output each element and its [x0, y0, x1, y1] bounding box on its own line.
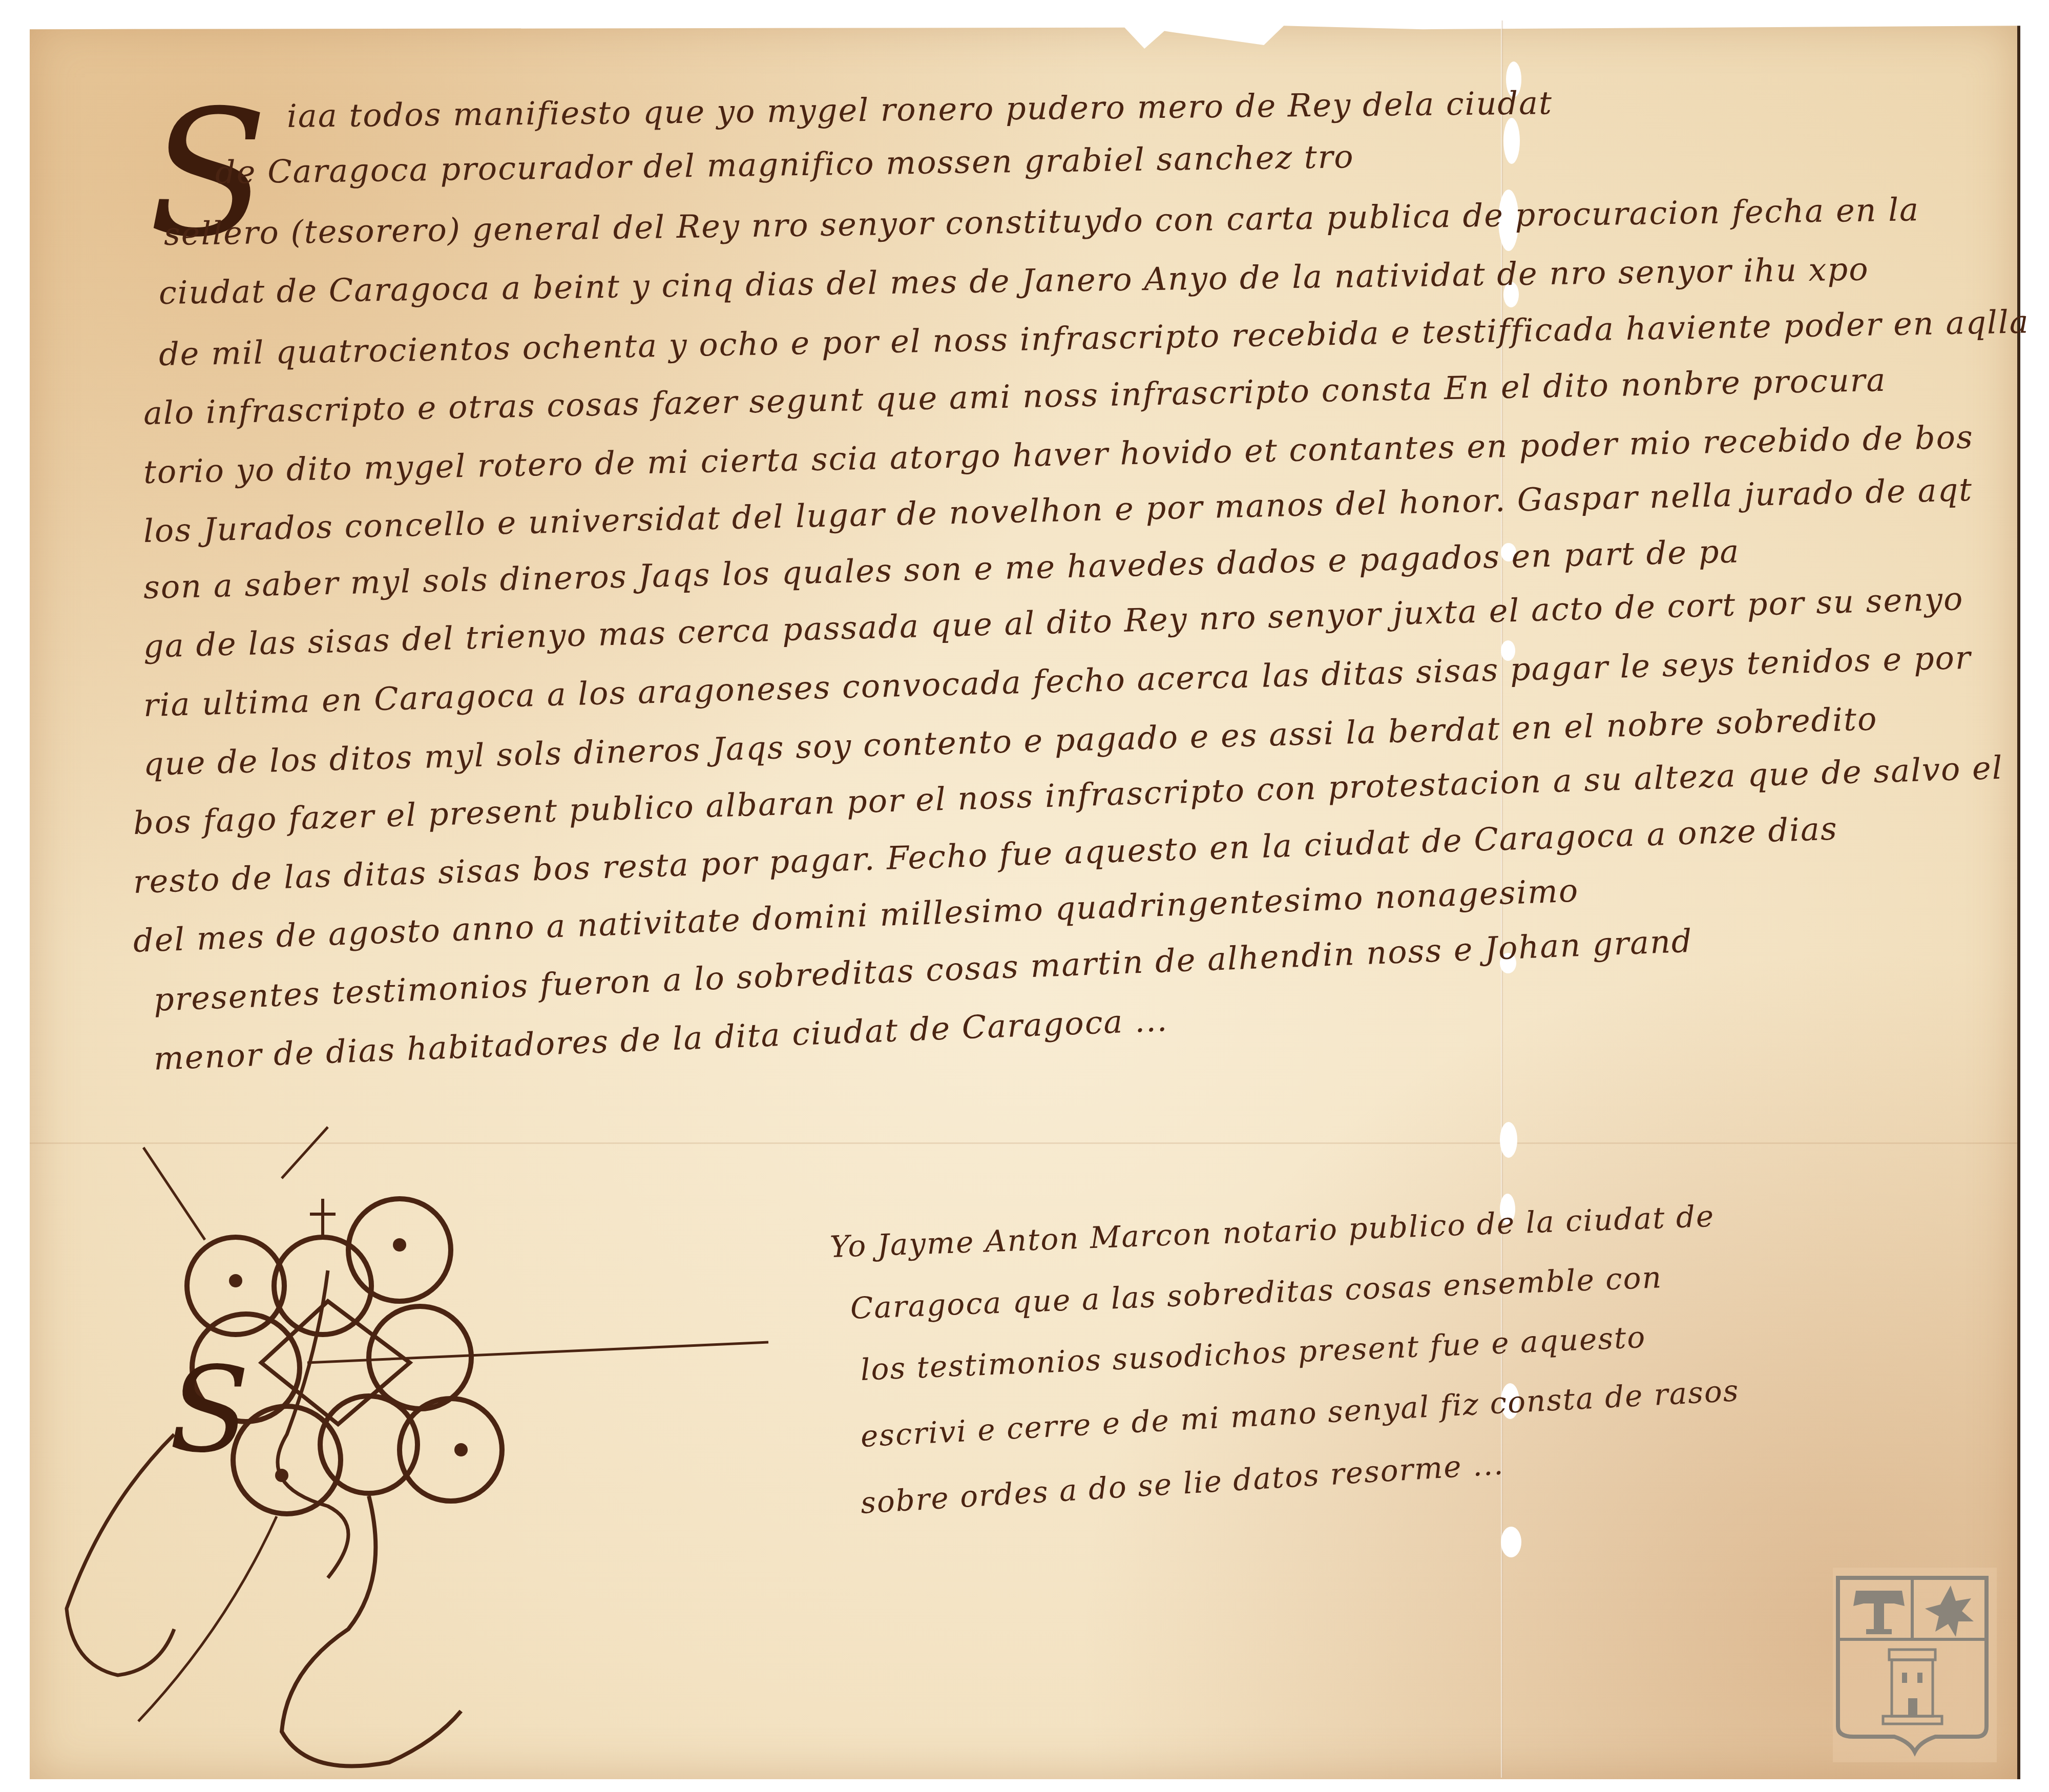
notarial-sign-rosette — [41, 1117, 861, 1783]
heraldic-shield-logo — [1833, 1568, 1997, 1762]
fold-hole — [1500, 1122, 1517, 1158]
notarial-sign-initial: S — [169, 1342, 250, 1479]
fold-hole — [1503, 118, 1520, 164]
fold-hole — [1501, 1527, 1521, 1557]
